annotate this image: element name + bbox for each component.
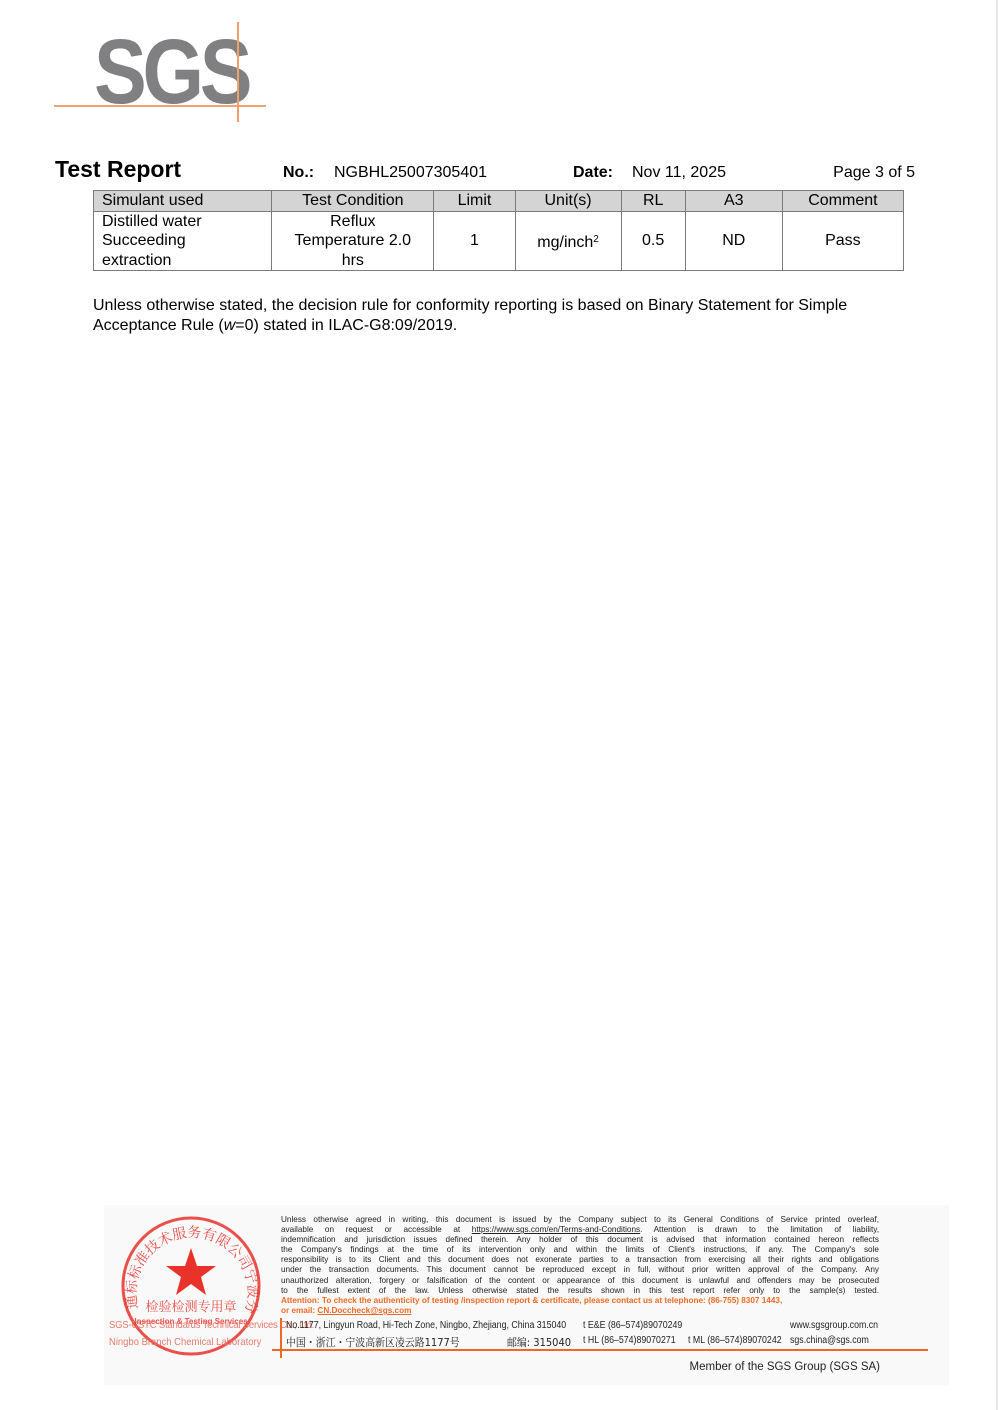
attention-line: Attention: To check the authenticity of …: [281, 1296, 782, 1305]
disclaimer-line: responsibility is to its Client and this…: [281, 1255, 879, 1265]
logo-horizontal-line: [54, 105, 266, 107]
comment-cell: Pass: [782, 211, 903, 271]
branch-name-english: Ningbo Branch Chemical Laboratory: [109, 1336, 261, 1348]
report-date: Nov 11, 2025: [632, 164, 726, 182]
legal-disclaimer: Unless otherwise agreed in writing, this…: [281, 1215, 879, 1296]
address-chinese: 中国・浙江・宁波高新区凌云路1177号: [286, 1334, 460, 1350]
decision-rule-line-2-end: =0) stated in ILAC-G8:09/2019.: [235, 317, 457, 334]
disclaimer-text: available on request or accessible at: [281, 1225, 472, 1234]
condition-line: Reflux: [280, 212, 425, 232]
unit-superscript: 2: [593, 234, 599, 245]
phone-hl: t HL (86–574)89070271: [583, 1335, 676, 1346]
simulant-line: Succeeding: [102, 231, 263, 251]
column-header: Unit(s): [515, 191, 621, 212]
page-title: Test Report: [55, 156, 181, 183]
table-header-row: Simulant used Test Condition Limit Unit(…: [94, 191, 904, 212]
column-header: Test Condition: [272, 191, 434, 212]
authenticity-notice: Attention: To check the authenticity of …: [281, 1296, 881, 1316]
report-number-label: No.:: [283, 164, 314, 182]
disclaimer-line: the Company's findings at the time of it…: [281, 1245, 879, 1255]
contact-email-link[interactable]: sgs.china@sgs.com: [790, 1335, 869, 1346]
phone-ee: t E&E (86–574)89070249: [583, 1320, 682, 1331]
simulant-line: Distilled water: [102, 212, 263, 232]
sgs-logo: SGS: [54, 22, 268, 124]
simulant-line: extraction: [102, 251, 263, 271]
decision-rule-line-2: Acceptance Rule (: [93, 317, 224, 334]
simulant-cell: Distilled water Succeeding extraction: [94, 211, 272, 271]
disclaimer-line: Unless otherwise agreed in writing, this…: [281, 1215, 879, 1225]
disclaimer-line: under the transaction documents. This do…: [281, 1265, 879, 1275]
report-header: Test Report No.: NGBHL25007305401 Date: …: [0, 156, 998, 186]
website-link[interactable]: www.sgsgroup.com.cn: [790, 1320, 878, 1331]
a3-result-cell: ND: [685, 211, 782, 271]
decision-rule-variable: w: [224, 317, 236, 334]
limit-cell: 1: [434, 211, 515, 271]
column-header: RL: [621, 191, 685, 212]
page-number: Page 3 of 5: [833, 164, 915, 182]
footer-vertical-divider: [280, 1318, 282, 1358]
attention-email-label: or email:: [281, 1306, 317, 1315]
condition-line: Temperature 2.0: [280, 231, 425, 251]
disclaimer-text: . Attention is drawn to the limitation o…: [640, 1225, 879, 1234]
postcode-chinese: 邮编: 315040: [507, 1334, 571, 1350]
column-header: Comment: [782, 191, 903, 212]
report-number: NGBHL25007305401: [334, 164, 487, 182]
decision-rule-line-1: Unless otherwise stated, the decision ru…: [93, 297, 847, 314]
doccheck-email-link[interactable]: CN.Doccheck@sgs.com: [317, 1306, 411, 1315]
svg-text:检验检测专用章: 检验检测专用章: [145, 1299, 236, 1315]
company-name-english: SGS-CSTC Standards Technical Services Co…: [109, 1319, 314, 1331]
logo-vertical-line: [237, 22, 239, 122]
terms-link[interactable]: https://www.sgs.com/en/Terms-and-Conditi…: [472, 1225, 640, 1234]
results-table: Simulant used Test Condition Limit Unit(…: [93, 190, 904, 271]
column-header: Simulant used: [94, 191, 272, 212]
table-row: Distilled water Succeeding extraction Re…: [94, 211, 904, 271]
sgs-group-membership: Member of the SGS Group (SGS SA): [690, 1361, 880, 1373]
column-header: Limit: [434, 191, 515, 212]
column-header: A3: [685, 191, 782, 212]
disclaimer-line: available on request or accessible at ht…: [281, 1225, 879, 1235]
phone-ml: t ML (86–574)89070242: [688, 1335, 782, 1346]
unit-cell: mg/inch2: [515, 211, 621, 271]
condition-line: hrs: [280, 251, 425, 271]
disclaimer-line: to the fullest extent of the law. Unless…: [281, 1286, 879, 1296]
address-english: No.1177, Lingyun Road, Hi-Tech Zone, Nin…: [286, 1320, 566, 1331]
disclaimer-line: unauthorized alteration, forgery or fals…: [281, 1276, 879, 1286]
date-label: Date:: [573, 164, 613, 182]
disclaimer-line: indemnification and jurisdiction issues …: [281, 1235, 879, 1245]
decision-rule-statement: Unless otherwise stated, the decision ru…: [93, 296, 913, 335]
rl-cell: 0.5: [621, 211, 685, 271]
unit-base: mg/inch: [537, 234, 593, 251]
condition-cell: Reflux Temperature 2.0 hrs: [272, 211, 434, 271]
